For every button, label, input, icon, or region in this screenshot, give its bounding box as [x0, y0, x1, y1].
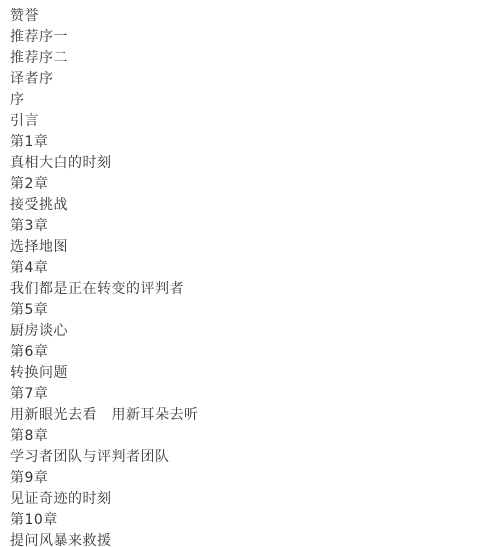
toc-line: 推荐序一: [10, 27, 486, 48]
toc-line: 第3章: [10, 216, 486, 237]
toc-line: 第9章: [10, 468, 486, 489]
toc-line: 引言: [10, 111, 486, 132]
toc-line: 选择地图: [10, 237, 486, 258]
toc-line: 第10章: [10, 510, 486, 531]
toc-line: 见证奇迹的时刻: [10, 489, 486, 510]
toc-line: 接受挑战: [10, 195, 486, 216]
toc-line: 推荐序二: [10, 48, 486, 69]
toc-line: 第6章: [10, 342, 486, 363]
toc-line: 第1章: [10, 132, 486, 153]
toc-line: 用新眼光去看 用新耳朵去听: [10, 405, 486, 426]
toc-line: 赞誉: [10, 6, 486, 27]
toc-line: 第5章: [10, 300, 486, 321]
toc-line: 序: [10, 90, 486, 111]
toc-line: 译者序: [10, 69, 486, 90]
toc-line: 提问风暴来救援: [10, 531, 486, 547]
table-of-contents: 赞誉推荐序一推荐序二译者序序引言第1章真相大白的时刻第2章接受挑战第3章选择地图…: [0, 0, 496, 547]
toc-line: 第7章: [10, 384, 486, 405]
toc-line: 学习者团队与评判者团队: [10, 447, 486, 468]
toc-line: 厨房谈心: [10, 321, 486, 342]
toc-line: 第2章: [10, 174, 486, 195]
toc-line: 真相大白的时刻: [10, 153, 486, 174]
toc-line: 第4章: [10, 258, 486, 279]
toc-line: 第8章: [10, 426, 486, 447]
toc-line: 转换问题: [10, 363, 486, 384]
toc-line: 我们都是正在转变的评判者: [10, 279, 486, 300]
